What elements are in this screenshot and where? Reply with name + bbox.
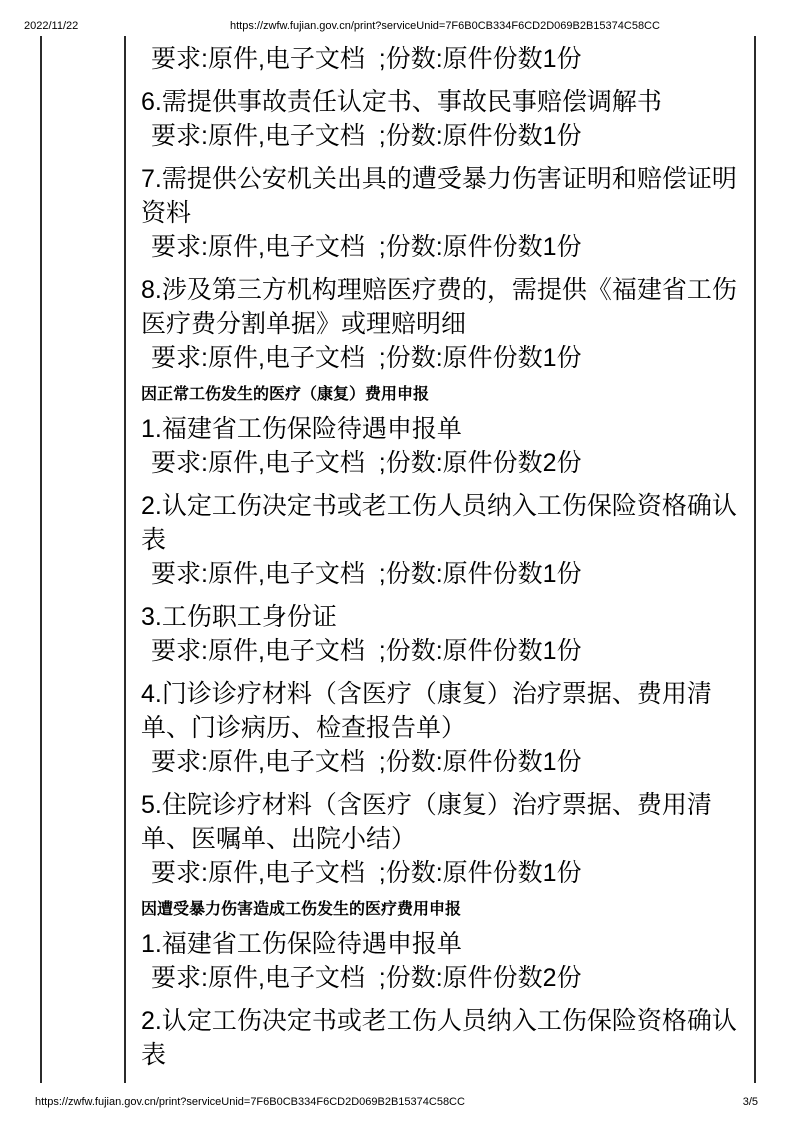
item-requirement: 要求:原件,电子文档 ;份数:原件份数1份 bbox=[141, 42, 745, 76]
page-number: 3/5 bbox=[743, 1096, 758, 1109]
document-item: 1.福建省工伤保险待遇申报单 要求:原件,电子文档 ;份数:原件份数2份 bbox=[141, 927, 745, 995]
document-item: 1.福建省工伤保险待遇申报单 要求:原件,电子文档 ;份数:原件份数2份 bbox=[141, 412, 745, 480]
item-name: 3.工伤职工身份证 bbox=[141, 600, 745, 634]
item-requirement: 要求:原件,电子文档 ;份数:原件份数1份 bbox=[141, 856, 745, 890]
item-name: 7.需提供公安机关出具的遭受暴力伤害证明和赔偿证明 资料 bbox=[141, 162, 745, 230]
item-name: 4.门诊诊疗材料（含医疗（康复）治疗票据、费用清 单、门诊病历、检查报告单） bbox=[141, 677, 745, 745]
document-item: 8.涉及第三方机构理赔医疗费的，需提供《福建省工伤 医疗费分割单据》或理赔明细 … bbox=[141, 273, 745, 375]
document-item-continued: 要求:原件,电子文档 ;份数:原件份数1份 bbox=[141, 42, 745, 76]
item-name: 6.需提供事故责任认定书、事故民事赔偿调解书 bbox=[141, 85, 745, 119]
table-border-right bbox=[754, 36, 756, 1083]
print-preview-page: 2022/11/22 https://zwfw.fujian.gov.cn/pr… bbox=[0, 0, 793, 1123]
document-item: 2.认定工伤决定书或老工伤人员纳入工伤保险资格确认 表 要求:原件,电子文档 ;… bbox=[141, 489, 745, 591]
item-requirement: 要求:原件,电子文档 ;份数:原件份数2份 bbox=[141, 446, 745, 480]
print-header-url: https://zwfw.fujian.gov.cn/print?service… bbox=[230, 20, 660, 33]
section-header: 因正常工伤发生的医疗（康复）费用申报 bbox=[141, 384, 745, 406]
item-requirement: 要求:原件,电子文档 ;份数:原件份数2份 bbox=[141, 961, 745, 995]
item-requirement: 要求:原件,电子文档 ;份数:原件份数1份 bbox=[141, 230, 745, 264]
item-name: 1.福建省工伤保险待遇申报单 bbox=[141, 927, 745, 961]
item-name: 5.住院诊疗材料（含医疗（康复）治疗票据、费用清 单、医嘱单、出院小结） bbox=[141, 788, 745, 856]
item-name: 1.福建省工伤保险待遇申报单 bbox=[141, 412, 745, 446]
table-border-left bbox=[40, 36, 42, 1083]
item-requirement: 要求:原件,电子文档 ;份数:原件份数1份 bbox=[141, 119, 745, 153]
document-content: 要求:原件,电子文档 ;份数:原件份数1份 6.需提供事故责任认定书、事故民事赔… bbox=[141, 42, 745, 1081]
item-requirement: 要求:原件,电子文档 ;份数:原件份数1份 bbox=[141, 557, 745, 591]
item-name: 2.认定工伤决定书或老工伤人员纳入工伤保险资格确认 表 bbox=[141, 1004, 745, 1072]
table-column-divider bbox=[124, 36, 126, 1083]
document-item: 5.住院诊疗材料（含医疗（康复）治疗票据、费用清 单、医嘱单、出院小结） 要求:… bbox=[141, 788, 745, 890]
item-name: 8.涉及第三方机构理赔医疗费的，需提供《福建省工伤 医疗费分割单据》或理赔明细 bbox=[141, 273, 745, 341]
item-requirement: 要求:原件,电子文档 ;份数:原件份数1份 bbox=[141, 341, 745, 375]
item-name: 2.认定工伤决定书或老工伤人员纳入工伤保险资格确认 表 bbox=[141, 489, 745, 557]
document-item-partial: 2.认定工伤决定书或老工伤人员纳入工伤保险资格确认 表 bbox=[141, 1004, 745, 1072]
print-date: 2022/11/22 bbox=[24, 20, 78, 33]
document-item: 7.需提供公安机关出具的遭受暴力伤害证明和赔偿证明 资料 要求:原件,电子文档 … bbox=[141, 162, 745, 264]
document-item: 6.需提供事故责任认定书、事故民事赔偿调解书 要求:原件,电子文档 ;份数:原件… bbox=[141, 85, 745, 153]
section-header: 因遭受暴力伤害造成工伤发生的医疗费用申报 bbox=[141, 899, 745, 921]
item-requirement: 要求:原件,电子文档 ;份数:原件份数1份 bbox=[141, 745, 745, 779]
item-requirement: 要求:原件,电子文档 ;份数:原件份数1份 bbox=[141, 634, 745, 668]
footer-url: https://zwfw.fujian.gov.cn/print?service… bbox=[35, 1096, 465, 1109]
document-item: 4.门诊诊疗材料（含医疗（康复）治疗票据、费用清 单、门诊病历、检查报告单） 要… bbox=[141, 677, 745, 779]
document-item: 3.工伤职工身份证 要求:原件,电子文档 ;份数:原件份数1份 bbox=[141, 600, 745, 668]
